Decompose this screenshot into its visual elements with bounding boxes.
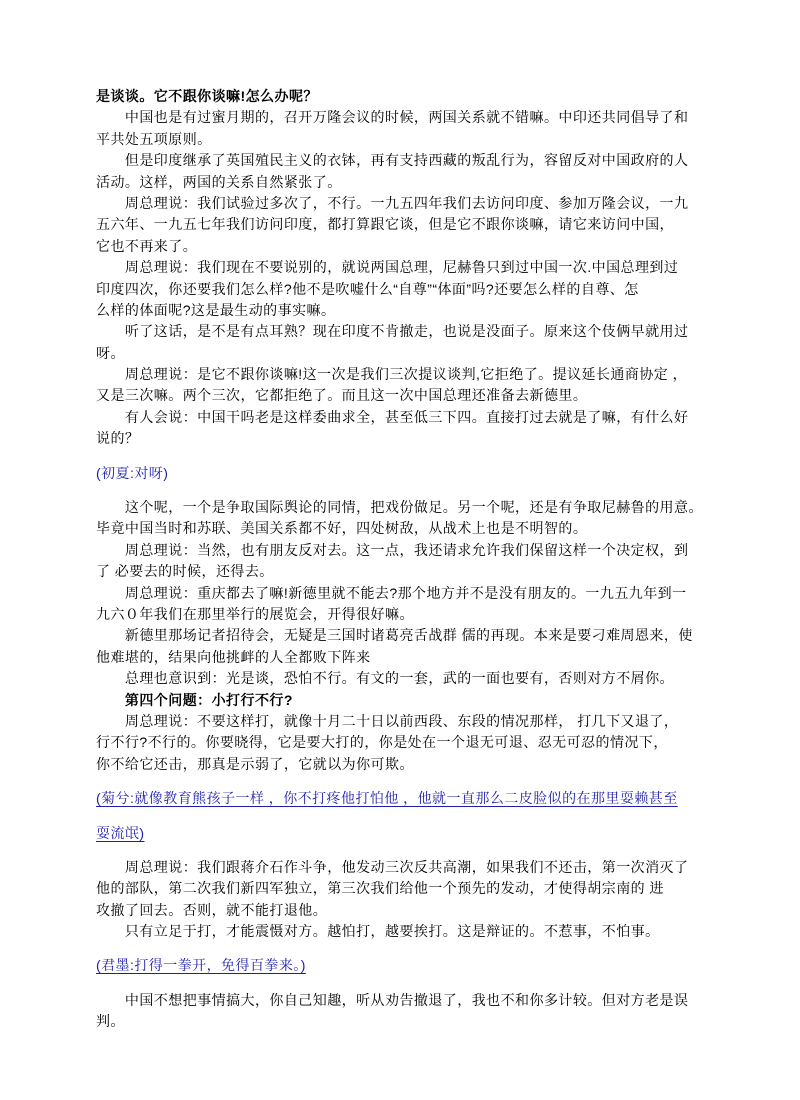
- document-page: 是谈谈。它不跟你谈嘛!怎么办呢？ 中国也是有过蜜月期的，召开万隆会议的时候，两国…: [0, 0, 800, 1100]
- spacer: [96, 977, 714, 990]
- text-line: 又是三次嘛。两个三次，它都拒绝了。而且这一次中国总理还准备去新德里。: [96, 385, 714, 406]
- text-line: 毕竟中国当时和苏联、美国关系都不好，四处树敌，从战术上也是不明智的。: [96, 518, 714, 539]
- text-line: 攻撤了回去。否则，就不能打退他。: [96, 900, 714, 921]
- text-line: 行不行?不行的。你要晓得，它是要大打的，你是处在一个退无可退、忍无可忍的情况下，: [96, 732, 714, 753]
- comment-juxi-line2: 耍流氓): [96, 823, 714, 844]
- doc-heading: 是谈谈。它不跟你谈嘛!怎么办呢？: [96, 86, 714, 107]
- spacer: [96, 810, 714, 823]
- text-line: 中国也是有过蜜月期的，召开万隆会议的时候，两国关系就不错嘛。中印还共同倡导了和: [96, 107, 714, 128]
- text-line: 判。: [96, 1011, 714, 1032]
- text-line: 这个呢，一个是争取国际舆论的同情，把戏份做足。另一个呢，还是有争取尼赫鲁的用意。: [96, 497, 714, 518]
- text-line: 周总理说：当然，也有朋友反对去。这一点，我还请求允许我们保留这样一个决定权，到: [96, 540, 714, 561]
- text-line: 总理也意识到：光是谈，恐怕不行。有文的一套，武的一面也要有，否则对方不屑你。: [96, 668, 714, 689]
- text-line: 周总理说：我们试验过多次了，不行。一九五四年我们去访问印度、参加万隆会议，一九: [96, 193, 714, 214]
- text-line: 活动。这样，两国的关系自然紧张了。: [96, 172, 714, 193]
- text-line: 么样的体面呢?这是最生动的事实嘛。: [96, 300, 714, 321]
- text-line: 他的部队，第二次我们新四军独立，第三次我们给他一个预先的发动，才使得胡宗南的 进: [96, 878, 714, 899]
- section-heading: 第四个问题：小打行不行?: [96, 690, 714, 711]
- text-line: 平共处五项原则。: [96, 129, 714, 150]
- text-line: 有人会说：中国干吗老是这样委曲求全，甚至低三下四。直接打过去就是了嘛，有什么好: [96, 407, 714, 428]
- spacer: [96, 450, 714, 463]
- text-line: 但是印度继承了英国殖民主义的衣钵，再有支持西藏的叛乱行为，容留反对中国政府的人: [96, 150, 714, 171]
- text-line: 九六０年我们在那里举行的展览会，开得很好嘛。: [96, 604, 714, 625]
- spacer: [96, 775, 714, 788]
- text-line: 它也不再来了。: [96, 236, 714, 257]
- text-line: 周总理说：是它不跟你谈嘛!这一次是我们三次提议谈判,它拒绝了。提议延长通商协定 …: [96, 364, 714, 385]
- spacer: [96, 844, 714, 857]
- text-line: 印度四次，你还要我们怎么样?他不是吹嘘什么“自尊”“体面”吗?还要怎么样的自尊、…: [96, 279, 714, 300]
- spacer: [96, 484, 714, 497]
- text-line: 呀。: [96, 343, 714, 364]
- text-line: 周总理说：我们跟蒋介石作斗争，他发动三次反共高潮，如果我们不还击，第一次消灭了: [96, 857, 714, 878]
- text-line: 周总理说：我们现在不要说别的，就说两国总理，尼赫鲁只到过中国一次.中国总理到过: [96, 257, 714, 278]
- comment-chuxia: (初夏:对呀): [96, 463, 714, 484]
- text-line: 了 必要去的时候，还得去。: [96, 561, 714, 582]
- document-text: 是谈谈。它不跟你谈嘛!怎么办呢？ 中国也是有过蜜月期的，召开万隆会议的时候，两国…: [96, 86, 714, 1033]
- text-line: 说的？: [96, 428, 714, 449]
- text-line: 周总理说：重庆都去了嘛!新德里就不能去?那个地方并不是没有朋友的。一九五九年到一: [96, 583, 714, 604]
- text-line: 他难堪的，结果向他挑衅的人全都败下阵来: [96, 647, 714, 668]
- text-line: 只有立足于打，才能震慑对方。越怕打，越要挨打。这是辩证的。不惹事，不怕事。: [96, 921, 714, 942]
- text-line: 听了这话，是不是有点耳熟？现在印度不肯撤走，也说是没面子。原来这个伎俩早就用过: [96, 321, 714, 342]
- comment-juxi-line1: (菊兮:就像教育熊孩子一样 ，你不打疼他打怕他 ，他就一直那么二皮脸似的在那里耍…: [96, 788, 714, 809]
- spacer: [96, 942, 714, 955]
- text-line: 你不给它还击，那真是示弱了，它就以为你可欺。: [96, 754, 714, 775]
- text-line: 周总理说：不要这样打，就像十月二十日以前西段、东段的情况那样， 打几下又退了，: [96, 711, 714, 732]
- text-line: 新德里那场记者招待会，无疑是三国时诸葛亮舌战群 儒的再现。本来是要刁难周恩来，使: [96, 625, 714, 646]
- comment-junmo: (君墨:打得一拳开，免得百拳来。): [96, 955, 714, 976]
- text-line: 五六年、一九五七年我们访问印度，都打算跟它谈，但是它不跟你谈嘛，请它来访问中国，: [96, 214, 714, 235]
- text-line: 中国不想把事情搞大，你自己知趣，听从劝告撤退了，我也不和你多计较。但对方老是误: [96, 990, 714, 1011]
